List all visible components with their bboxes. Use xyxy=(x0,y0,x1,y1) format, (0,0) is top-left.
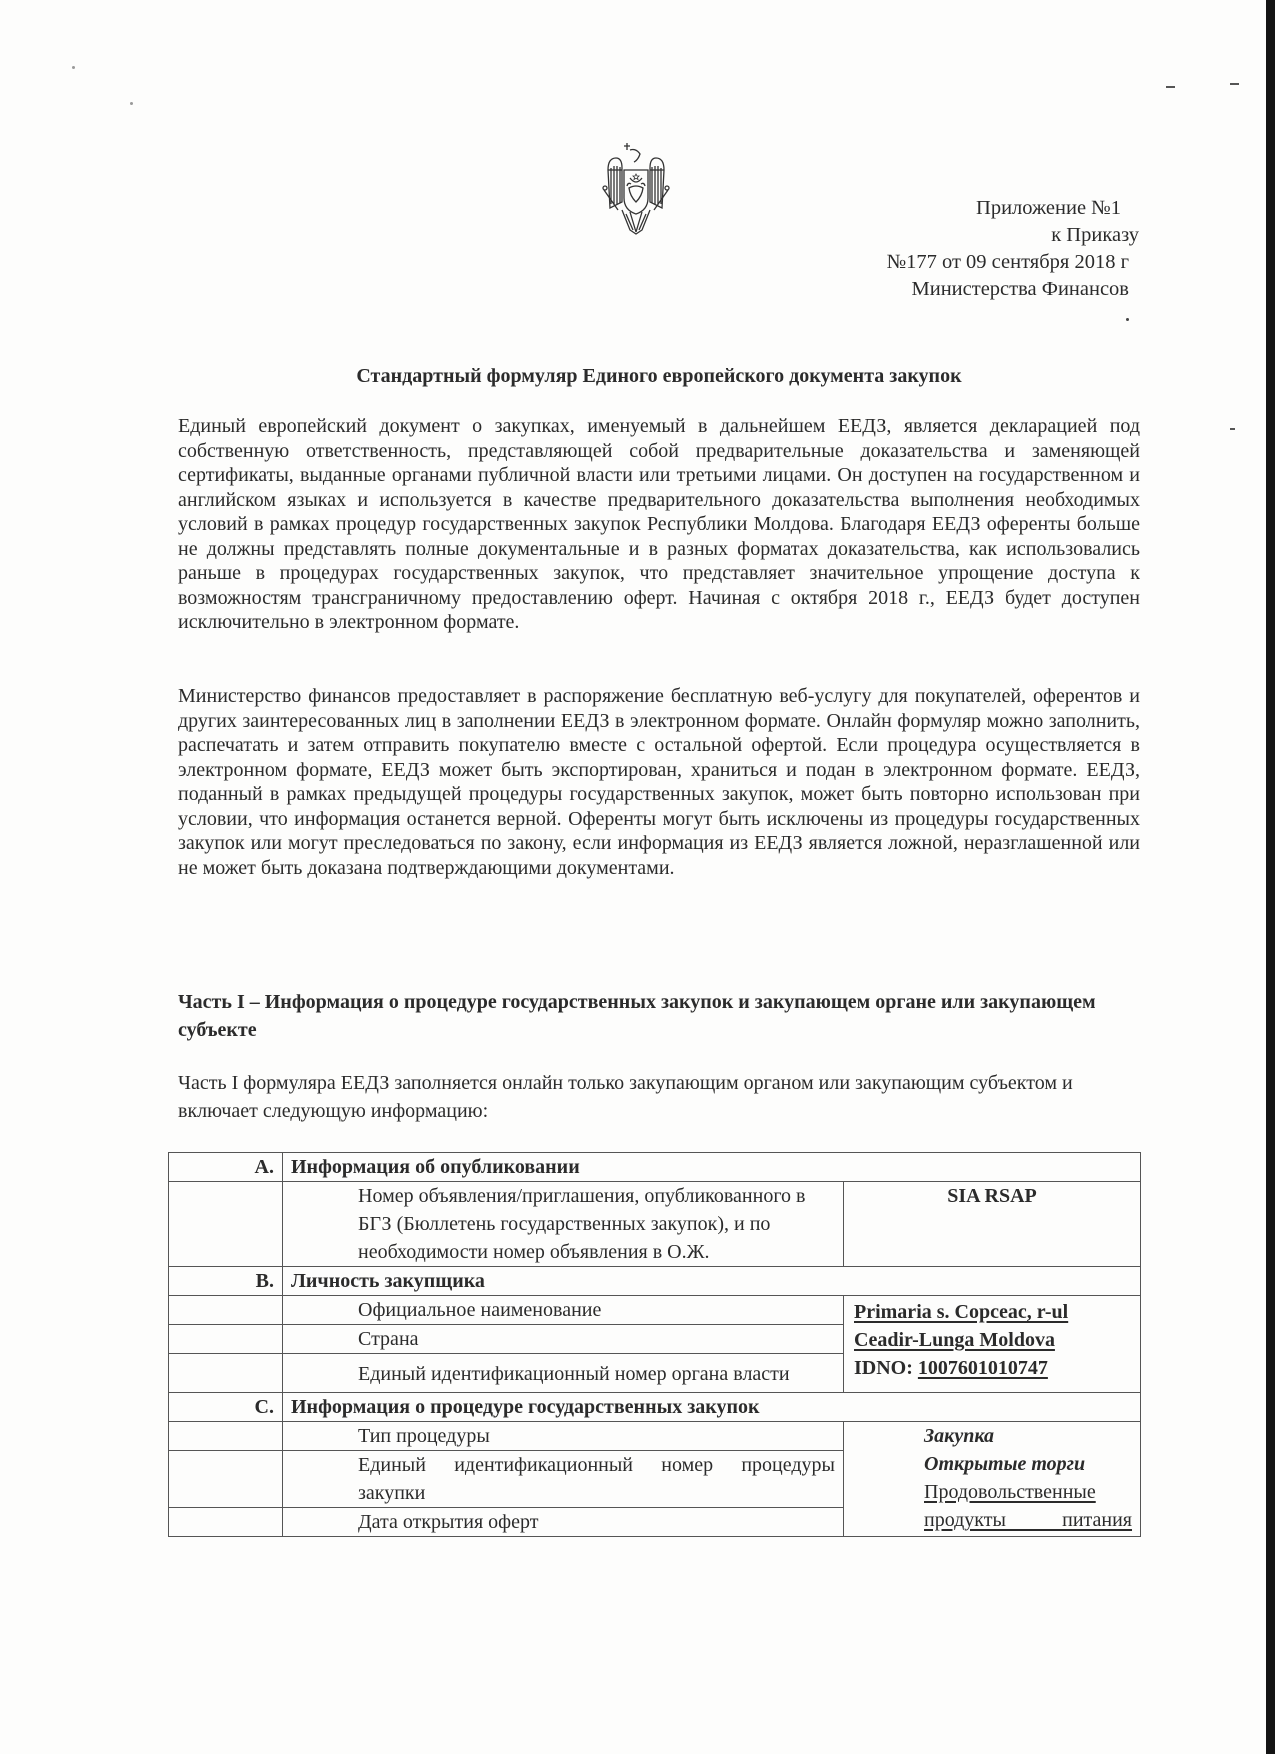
procedure-id-label-text: Единый идентификационный номер процедуры… xyxy=(358,1451,835,1507)
empty-cell xyxy=(169,1354,283,1393)
section-title: Информация об опубликовании xyxy=(283,1153,1141,1182)
procurement-info-table: A. Информация об опубликовании Номер объ… xyxy=(168,1152,1141,1537)
empty-cell xyxy=(169,1325,283,1354)
row-value-notice-number: SIA RSAP xyxy=(844,1182,1141,1267)
row-label-authority-id: Единый идентификационный номер органа вл… xyxy=(283,1354,844,1393)
scanned-page: Приложение №1 к Приказу №177 от 09 сентя… xyxy=(0,0,1266,1754)
procedure-category: Закупка xyxy=(924,1422,1132,1450)
annex-line: Приложение №1 xyxy=(887,195,1121,222)
annex-line: Министерства Финансов xyxy=(887,276,1129,303)
procurement-subject-line2: продукты питания xyxy=(924,1506,1132,1534)
table-row: Тип процедуры Закупка Открытые торги Про… xyxy=(169,1422,1141,1451)
coat-of-arms-icon xyxy=(600,140,672,236)
annex-line: к Приказу xyxy=(887,222,1139,249)
empty-cell xyxy=(169,1422,283,1451)
row-label-country: Страна xyxy=(283,1325,844,1354)
empty-cell xyxy=(169,1451,283,1508)
table-row: Номер объявления/приглашения, опубликова… xyxy=(169,1182,1141,1267)
buyer-identity-value: Primaria s. Copceac, r-ul Ceadir-Lunga M… xyxy=(844,1296,1141,1393)
row-label-official-name: Официальное наименование xyxy=(283,1296,844,1325)
annex-reference: Приложение №1 к Приказу №177 от 09 сентя… xyxy=(887,195,1139,303)
service-paragraph: Министерство финансов предоставляет в ра… xyxy=(178,684,1140,880)
scan-mark xyxy=(1230,83,1239,85)
procedure-info-value: Закупка Открытые торги Продовольственные… xyxy=(844,1422,1141,1537)
stray-dot xyxy=(1126,318,1129,321)
row-label-notice-number: Номер объявления/приглашения, опубликова… xyxy=(283,1182,844,1267)
section-title: Личность закупщика xyxy=(283,1267,1141,1296)
table-row: Официальное наименование Primaria s. Cop… xyxy=(169,1296,1141,1325)
empty-cell xyxy=(169,1182,283,1267)
scanner-edge xyxy=(1266,0,1275,1754)
procedure-type-value: Открытые торги xyxy=(924,1450,1132,1478)
section-row-c: C. Информация о процедуре государственны… xyxy=(169,1393,1141,1422)
buyer-idno: IDNO: 1007601010747 xyxy=(854,1354,1132,1382)
intro-paragraph: Единый европейский документ о закупках, … xyxy=(178,414,1140,635)
row-label-procedure-id: Единый идентификационный номер процедуры… xyxy=(283,1451,844,1508)
section-heading: Часть I – Информация о процедуре государ… xyxy=(178,988,1140,1044)
annex-line: №177 от 09 сентября 2018 г xyxy=(887,249,1129,276)
empty-cell xyxy=(169,1296,283,1325)
scan-speck xyxy=(130,102,133,105)
section-title: Информация о процедуре государственных з… xyxy=(283,1393,1141,1422)
section-intro: Часть I формуляра ЕЕДЗ заполняется онлай… xyxy=(178,1069,1140,1125)
scan-speck xyxy=(72,66,75,69)
scan-mark xyxy=(1230,428,1235,430)
buyer-name-line2: Ceadir-Lunga Moldova xyxy=(854,1326,1132,1354)
section-letter: C. xyxy=(169,1393,283,1422)
idno-value: 1007601010747 xyxy=(918,1357,1048,1379)
section-row-b: B. Личность закупщика xyxy=(169,1267,1141,1296)
row-label-opening-date: Дата открытия оферт xyxy=(283,1508,844,1537)
empty-cell xyxy=(169,1508,283,1537)
scan-mark xyxy=(1166,86,1175,88)
section-row-a: A. Информация об опубликовании xyxy=(169,1153,1141,1182)
idno-label: IDNO: xyxy=(854,1357,918,1379)
row-label-procedure-type: Тип процедуры xyxy=(283,1422,844,1451)
section-letter: A. xyxy=(169,1153,283,1182)
section-letter: B. xyxy=(169,1267,283,1296)
procurement-subject-line1: Продовольственные xyxy=(924,1478,1132,1506)
buyer-name-line1: Primaria s. Copceac, r-ul xyxy=(854,1298,1132,1326)
document-title: Стандартный формуляр Единого европейског… xyxy=(178,362,1140,390)
